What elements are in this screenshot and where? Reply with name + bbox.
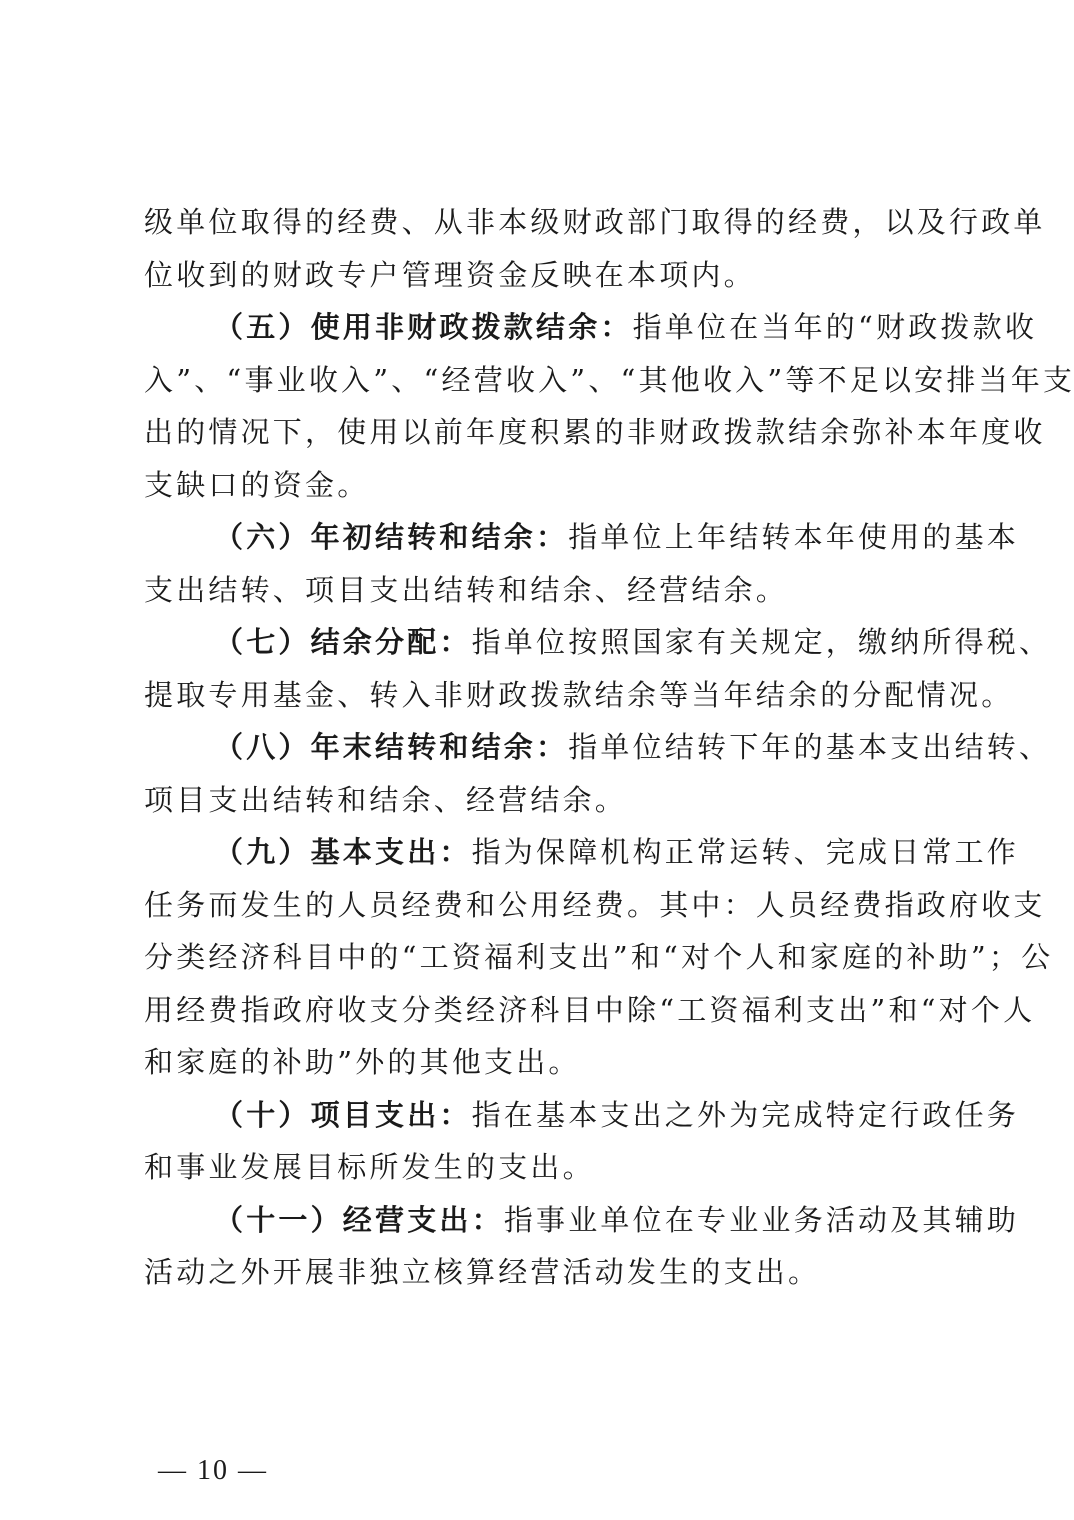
text-line: 项目支出结转和结余、经营结余。	[144, 774, 944, 827]
text-line: 用经费指政府收支分类经济科目中除“工资福利支出”和“对个人	[144, 984, 944, 1037]
item-heading: （八）年末结转和结余：	[214, 730, 568, 764]
paragraph-item-11: （十一）经营支出：指事业单位在专业业务活动及其辅助 活动之外开展非独立核算经营活…	[144, 1194, 944, 1299]
item-heading: （十一）经营支出：	[214, 1203, 504, 1237]
paragraph-item-9: （九）基本支出：指为保障机构正常运转、完成日常工作 任务而发生的人员经费和公用经…	[144, 826, 944, 1089]
text-line: 活动之外开展非独立核算经营活动发生的支出。	[144, 1246, 944, 1299]
item-heading: （七）结余分配：	[214, 625, 472, 659]
text-line: 和家庭的补助”外的其他支出。	[144, 1036, 944, 1089]
text-line: 指单位结转下年的基本支出结转、	[568, 730, 1051, 764]
paragraph-continuation: 级单位取得的经费、从非本级财政部门取得的经费，以及行政单 位收到的财政专户管理资…	[144, 196, 944, 301]
text-line: 指单位在当年的“财政拨款收	[633, 310, 1037, 344]
item-heading: （五）使用非财政拨款结余：	[214, 310, 633, 344]
item-heading: （六）年初结转和结余：	[214, 520, 568, 554]
text-line: 支出结转、项目支出结转和结余、经营结余。	[144, 564, 944, 617]
text-line: 指在基本支出之外为完成特定行政任务	[472, 1098, 1019, 1132]
text-line: 和事业发展目标所发生的支出。	[144, 1141, 944, 1194]
item-heading: （十）项目支出：	[214, 1098, 472, 1132]
document-body: 级单位取得的经费、从非本级财政部门取得的经费，以及行政单 位收到的财政专户管理资…	[144, 196, 944, 1299]
text-line: 指单位上年结转本年使用的基本	[568, 520, 1019, 554]
text-line: 出的情况下，使用以前年度积累的非财政拨款结余弥补本年度收	[144, 406, 944, 459]
text-line: 任务而发生的人员经费和公用经费。其中：人员经费指政府收支	[144, 879, 944, 932]
paragraph-item-8: （八）年末结转和结余：指单位结转下年的基本支出结转、 项目支出结转和结余、经营结…	[144, 721, 944, 826]
text-line: 指单位按照国家有关规定，缴纳所得税、	[472, 625, 1052, 659]
paragraph-item-10: （十）项目支出：指在基本支出之外为完成特定行政任务 和事业发展目标所发生的支出。	[144, 1089, 944, 1194]
paragraph-item-7: （七）结余分配：指单位按照国家有关规定，缴纳所得税、 提取专用基金、转入非财政拨…	[144, 616, 944, 721]
text-line: 级单位取得的经费、从非本级财政部门取得的经费，以及行政单	[144, 196, 944, 249]
text-line: 位收到的财政专户管理资金反映在本项内。	[144, 249, 944, 302]
text-line: 指事业单位在专业业务活动及其辅助	[504, 1203, 1019, 1237]
text-line: 入”、“事业收入”、“经营收入”、“其他收入”等不足以安排当年支	[144, 354, 944, 407]
item-heading: （九）基本支出：	[214, 835, 472, 869]
text-line: 提取专用基金、转入非财政拨款结余等当年结余的分配情况。	[144, 669, 944, 722]
text-line: 支缺口的资金。	[144, 459, 944, 512]
page-number: — 10 —	[158, 1455, 268, 1487]
paragraph-item-6: （六）年初结转和结余：指单位上年结转本年使用的基本 支出结转、项目支出结转和结余…	[144, 511, 944, 616]
text-line: 分类经济科目中的“工资福利支出”和“对个人和家庭的补助”；公	[144, 931, 944, 984]
text-line: 指为保障机构正常运转、完成日常工作	[472, 835, 1019, 869]
paragraph-item-5: （五）使用非财政拨款结余：指单位在当年的“财政拨款收 入”、“事业收入”、“经营…	[144, 301, 944, 511]
